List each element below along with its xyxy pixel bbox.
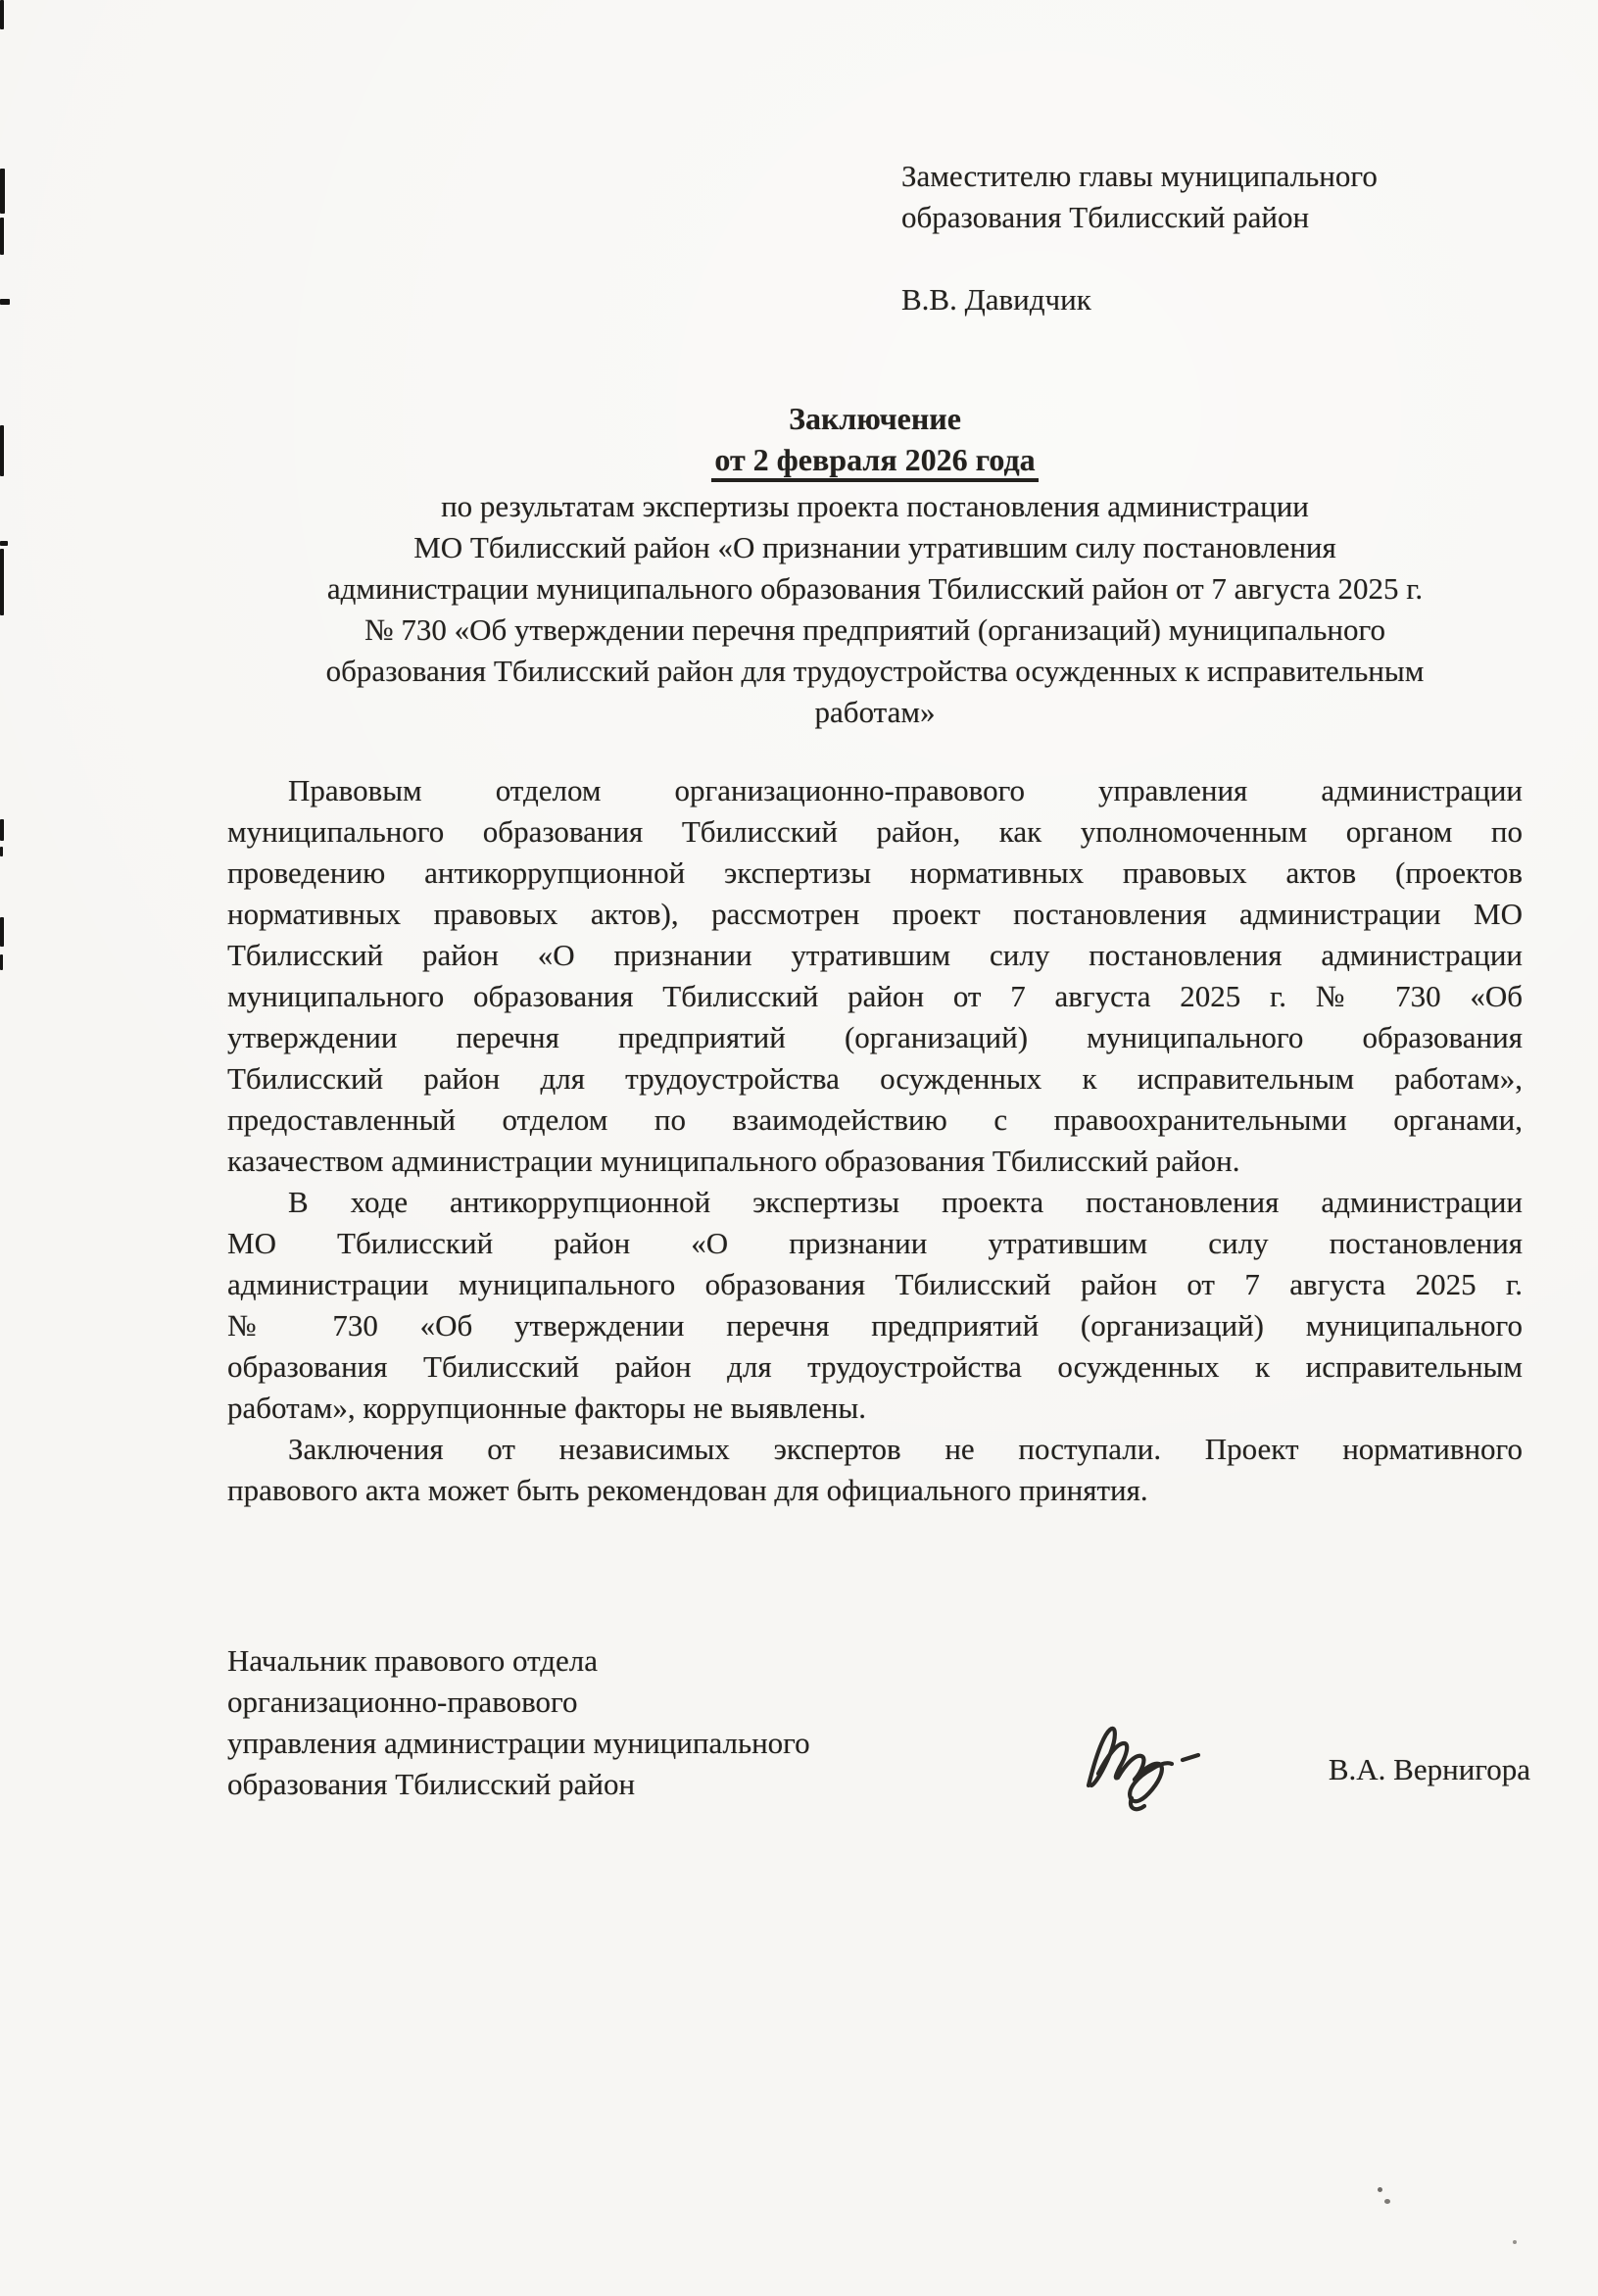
subject-line: администрации муниципального образования…	[227, 568, 1523, 610]
body-line: утверждении перечня предприятий (организ…	[227, 1017, 1523, 1058]
scan-artifact	[0, 954, 3, 970]
scan-artifact	[0, 541, 8, 546]
subject-line: по результатам экспертизы проекта постан…	[227, 486, 1523, 527]
body-line: работам», коррупционные факторы не выявл…	[227, 1388, 1523, 1429]
document-body: Правовым отделом организационно-правовог…	[227, 770, 1523, 1511]
body-line: казачеством администрации муниципального…	[227, 1141, 1523, 1182]
body-line: В ходе антикоррупционной экспертизы прое…	[227, 1182, 1523, 1223]
scan-artifact	[0, 425, 4, 476]
scan-artifact	[0, 0, 4, 29]
body-line: Заключения от независимых экспертов не п…	[227, 1429, 1523, 1470]
signoff-line: управления администрации муниципального	[227, 1723, 992, 1764]
body-line: Тбилисский район для трудоустройства осу…	[227, 1058, 1523, 1099]
body-line: правового акта может быть рекомендован д…	[227, 1470, 1523, 1511]
scan-speck	[1378, 2187, 1382, 2192]
body-line: муниципального образования Тбилисский ра…	[227, 976, 1523, 1017]
signoff-line: организационно-правового	[227, 1682, 992, 1723]
subject-line: работам»	[227, 692, 1523, 733]
recipient-line-2: образования Тбилисский район	[901, 197, 1509, 238]
body-line: МО Тбилисский район «О признании утратив…	[227, 1223, 1523, 1264]
recipient-line-1: Заместителю главы муниципального	[901, 156, 1509, 197]
subject-line: образования Тбилисский район для трудоус…	[227, 651, 1523, 692]
signoff-line: образования Тбилисский район	[227, 1764, 992, 1805]
recipient-block: Заместителю главы муниципального образов…	[901, 156, 1509, 320]
body-line: муниципального образования Тбилисский ра…	[227, 811, 1523, 853]
recipient-name: В.В. Давидчик	[901, 279, 1509, 320]
document-date-line: от 2 февраля 2026 года	[227, 439, 1523, 482]
subject-line: МО Тбилисский район «О признании утратив…	[227, 527, 1523, 568]
signoff-block: Начальник правового отдела организационн…	[227, 1640, 992, 1805]
scan-artifact	[0, 218, 4, 255]
document-date: от 2 февраля 2026 года	[711, 442, 1038, 482]
document-title: Заключение	[227, 398, 1523, 439]
body-line: проведению антикоррупционной экспертизы …	[227, 853, 1523, 894]
scanned-document-page: Заместителю главы муниципального образов…	[0, 0, 1598, 2296]
body-line: Тбилисский район «О признании утратившим…	[227, 935, 1523, 976]
scan-artifact	[0, 917, 4, 947]
subject-line: № 730 «Об утверждении перечня предприяти…	[227, 610, 1523, 651]
scan-artifact	[0, 549, 4, 615]
scan-artifact	[0, 169, 5, 214]
body-line: образования Тбилисский район для трудоус…	[227, 1346, 1523, 1388]
body-line: нормативных правовых актов), рассмотрен …	[227, 894, 1523, 935]
body-line: № 730 «Об утверждении перечня предприяти…	[227, 1305, 1523, 1346]
body-line: предоставленный отделом по взаимодействи…	[227, 1099, 1523, 1141]
signatory-name: В.А. Вернигора	[1127, 1749, 1530, 1790]
scan-artifact	[0, 299, 10, 305]
body-line: Правовым отделом организационно-правовог…	[227, 770, 1523, 811]
scan-speck	[1384, 2199, 1390, 2204]
signoff-line: Начальник правового отдела	[227, 1640, 992, 1682]
scan-artifact	[0, 819, 4, 841]
scan-speck	[1513, 2240, 1517, 2244]
document-heading: Заключение от 2 февраля 2026 года по рез…	[227, 398, 1523, 733]
body-line: администрации муниципального образования…	[227, 1264, 1523, 1305]
scan-artifact	[0, 847, 3, 856]
